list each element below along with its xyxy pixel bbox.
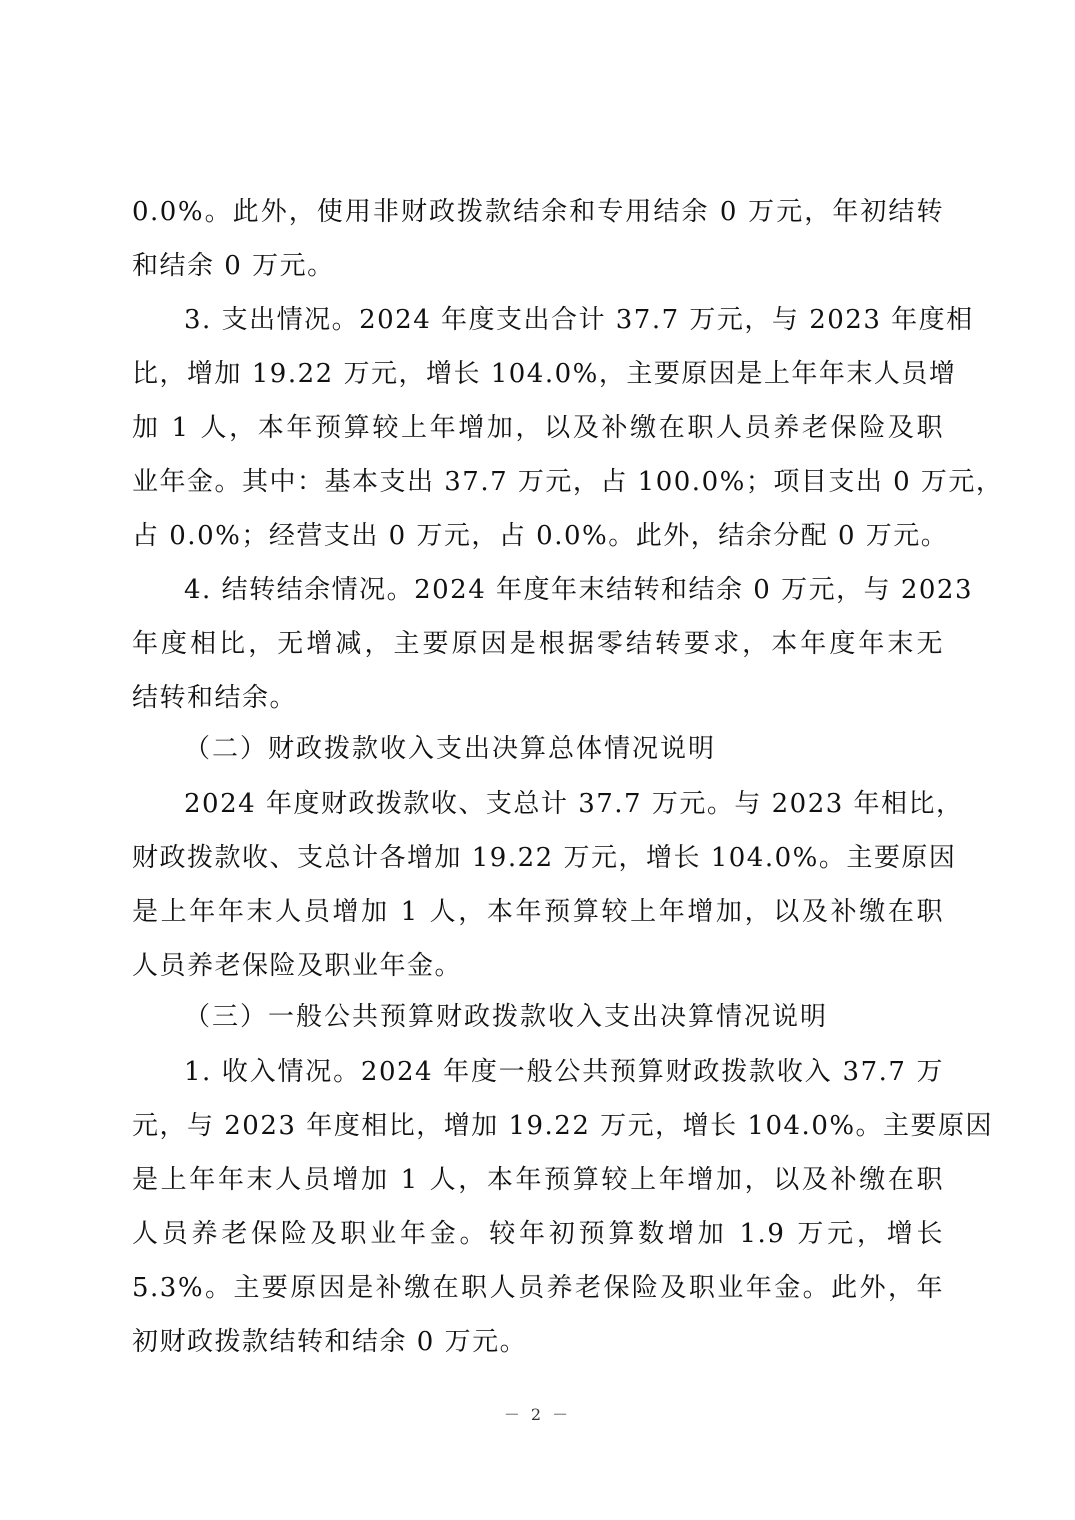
paragraph-line: 和结余 0 万元。 [132, 251, 944, 281]
paragraph-line: 财政拨款收、支总计各增加 19.22 万元，增长 104.0%。主要原因 [132, 843, 944, 873]
paragraph-line: 3. 支出情况。2024 年度支出合计 37.7 万元，与 2023 年度相 [184, 305, 944, 335]
paragraph-line: 0.0%。此外，使用非财政拨款结余和专用结余 0 万元，年初结转 [132, 197, 944, 227]
paragraph-line: 5.3%。主要原因是补缴在职人员养老保险及职业年金。此外，年 [132, 1273, 944, 1303]
paragraph-line: 加 1 人，本年预算较上年增加，以及补缴在职人员养老保险及职 [132, 413, 944, 443]
paragraph-line: 4. 结转结余情况。2024 年度年末结转和结余 0 万元，与 2023 [184, 575, 944, 605]
paragraph-line: 比，增加 19.22 万元，增长 104.0%，主要原因是上年年末人员增 [132, 359, 944, 389]
paragraph-line: 人员养老保险及职业年金。 [132, 951, 944, 981]
page-number: － 2 － [0, 1405, 1075, 1425]
document-page: 0.0%。此外，使用非财政拨款结余和专用结余 0 万元，年初结转 和结余 0 万… [0, 0, 1075, 1520]
paragraph-line: 是上年年末人员增加 1 人，本年预算较上年增加，以及补缴在职 [132, 897, 944, 927]
paragraph-line: 2024 年度财政拨款收、支总计 37.7 万元。与 2023 年相比， [184, 789, 944, 819]
paragraph-line: 业年金。其中：基本支出 37.7 万元，占 100.0%；项目支出 0 万元， [132, 467, 944, 497]
paragraph-line: 1. 收入情况。2024 年度一般公共预算财政拨款收入 37.7 万 [184, 1057, 944, 1087]
paragraph-line: 结转和结余。 [132, 683, 944, 713]
paragraph-line: 元，与 2023 年度相比，增加 19.22 万元，增长 104.0%。主要原因 [132, 1111, 944, 1141]
section-heading: （三）一般公共预算财政拨款收入支出决算情况说明 [184, 1002, 828, 1032]
paragraph-line: 年度相比，无增减，主要原因是根据零结转要求，本年度年末无 [132, 629, 944, 659]
paragraph-line: 初财政拨款结转和结余 0 万元。 [132, 1327, 944, 1357]
paragraph-line: 人员养老保险及职业年金。较年初预算数增加 1.9 万元，增长 [132, 1219, 944, 1249]
paragraph-line: 占 0.0%；经营支出 0 万元，占 0.0%。此外，结余分配 0 万元。 [132, 521, 944, 551]
paragraph-line: 是上年年末人员增加 1 人，本年预算较上年增加，以及补缴在职 [132, 1165, 944, 1195]
section-heading: （二）财政拨款收入支出决算总体情况说明 [184, 734, 716, 764]
